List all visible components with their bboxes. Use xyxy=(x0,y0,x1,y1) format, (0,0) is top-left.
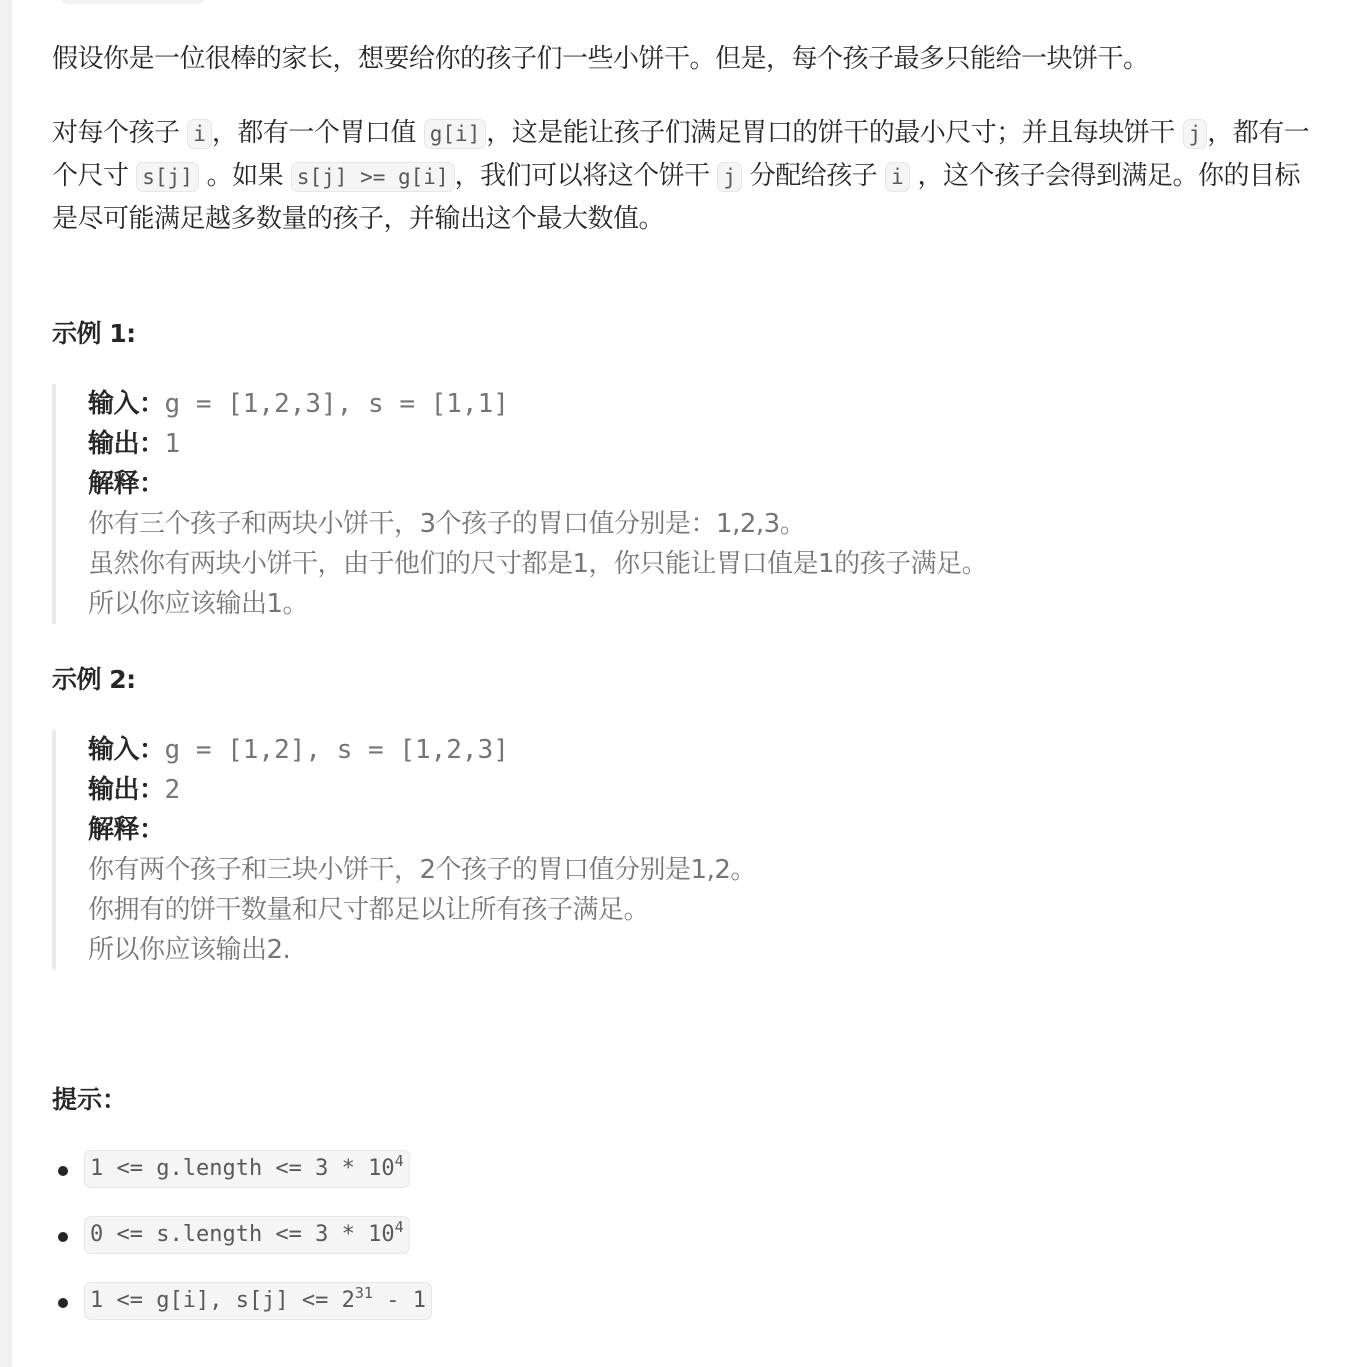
description-paragraph-2: 对每个孩子 i，都有一个胃口值 g[i]，这是能让孩子们满足胃口的饼干的最小尺寸… xyxy=(52,112,1317,240)
text: ，这是能让孩子们满足胃口的饼干的最小尺寸；并且每块饼干 xyxy=(486,118,1182,148)
example-input: 输入：g = [1,2], s = [1,2,3] xyxy=(88,730,1188,770)
bullet-icon xyxy=(58,1232,68,1242)
explanation-line: 你拥有的饼干数量和尺寸都足以让所有孩子满足。 xyxy=(88,890,1188,930)
example-1-title: 示例 1: xyxy=(52,314,136,350)
text: 分配给孩子 xyxy=(742,161,885,191)
left-panel-edge xyxy=(0,0,12,1367)
constraint-item: 0 <= s.length <= 3 * 104 xyxy=(52,1216,432,1282)
explanation-label: 解释： xyxy=(88,815,165,845)
bullet-icon xyxy=(58,1298,68,1308)
constraint-text: 1 <= g[i], s[j] <= 2 xyxy=(90,1288,355,1313)
constraint-code: 0 <= s.length <= 3 * 104 xyxy=(84,1216,410,1254)
exponent: 4 xyxy=(395,1152,404,1170)
example-output: 输出：1 xyxy=(88,424,1188,464)
output-label: 输出： xyxy=(88,429,165,459)
exponent: 4 xyxy=(395,1218,404,1236)
explanation-label: 解释： xyxy=(88,469,165,499)
input-label: 输入： xyxy=(88,735,165,765)
explanation-line: 虽然你有两块小饼干，由于他们的尺寸都是1，你只能让胃口值是1的孩子满足。 xyxy=(88,544,1188,584)
input-value: g = [1,2], s = [1,2,3] xyxy=(165,735,509,765)
explanation-line: 所以你应该输出1。 xyxy=(88,584,1188,624)
constraint-code: 1 <= g.length <= 3 * 104 xyxy=(84,1150,410,1188)
inline-code: s[j] >= g[i] xyxy=(291,162,455,192)
output-value: 2 xyxy=(165,775,181,805)
text: ，我们可以将这个饼干 xyxy=(455,161,718,191)
inline-code: j xyxy=(717,162,742,192)
text: ，都有一个胃口值 xyxy=(212,118,424,148)
top-tag-pill xyxy=(60,0,206,4)
input-label: 输入： xyxy=(88,389,165,419)
exponent: 31 xyxy=(355,1284,373,1302)
description-paragraph-1: 假设你是一位很棒的家长，想要给你的孩子们一些小饼干。但是，每个孩子最多只能给一块… xyxy=(52,38,1149,80)
input-value: g = [1,2,3], s = [1,1] xyxy=(165,389,509,419)
text: 。如果 xyxy=(199,161,291,191)
constraint-tail: - 1 xyxy=(373,1288,426,1313)
inline-code: s[j] xyxy=(136,162,199,192)
inline-code: j xyxy=(1183,119,1208,149)
example-explanation-label: 解释： xyxy=(88,464,1188,504)
example-1-block: 输入：g = [1,2,3], s = [1,1] 输出：1 解释： 你有三个孩… xyxy=(52,384,1188,624)
inline-code: i xyxy=(187,119,212,149)
constraint-code: 1 <= g[i], s[j] <= 231 - 1 xyxy=(84,1282,432,1320)
explanation-line: 你有两个孩子和三块小饼干，2个孩子的胃口值分别是1,2。 xyxy=(88,850,1188,890)
explanation-line: 你有三个孩子和两块小饼干，3个孩子的胃口值分别是：1,2,3。 xyxy=(88,504,1188,544)
example-explanation-label: 解释： xyxy=(88,810,1188,850)
output-value: 1 xyxy=(165,429,181,459)
example-2-block: 输入：g = [1,2], s = [1,2,3] 输出：2 解释： 你有两个孩… xyxy=(52,730,1188,970)
constraints-list: 1 <= g.length <= 3 * 104 0 <= s.length <… xyxy=(52,1150,432,1348)
text: 对每个孩子 xyxy=(52,118,187,148)
explanation-line: 所以你应该输出2. xyxy=(88,930,1188,970)
constraint-text: 1 <= g.length <= 3 * 10 xyxy=(90,1156,395,1181)
inline-code: i xyxy=(885,162,910,192)
bullet-icon xyxy=(58,1166,68,1176)
constraint-item: 1 <= g.length <= 3 * 104 xyxy=(52,1150,432,1216)
example-output: 输出：2 xyxy=(88,770,1188,810)
example-2-title: 示例 2: xyxy=(52,660,136,696)
example-input: 输入：g = [1,2,3], s = [1,1] xyxy=(88,384,1188,424)
inline-code: g[i] xyxy=(424,119,487,149)
constraint-text: 0 <= s.length <= 3 * 10 xyxy=(90,1222,395,1247)
hints-title: 提示： xyxy=(52,1080,127,1116)
constraint-item: 1 <= g[i], s[j] <= 231 - 1 xyxy=(52,1282,432,1348)
output-label: 输出： xyxy=(88,775,165,805)
